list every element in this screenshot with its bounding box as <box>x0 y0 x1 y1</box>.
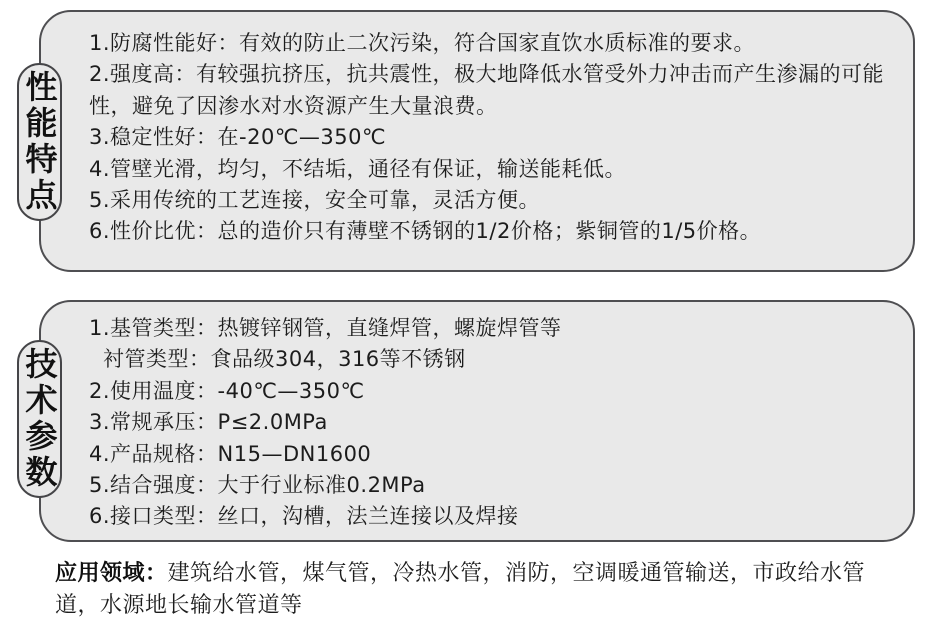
feature-item: 3.稳定性好：在-20℃—350℃ <box>89 122 891 153</box>
feature-item: 6.性价比优：总的造价只有薄壁不锈钢的1/2价格；紫铜管的1/5价格。 <box>89 216 891 247</box>
technical-parameters-panel: 1.基管类型：热镀锌钢管，直缝焊管，螺旋焊管等 衬管类型：食品级304，316等… <box>39 300 915 542</box>
param-item-liner-type: 衬管类型：食品级304，316等不锈钢 <box>89 344 891 375</box>
feature-item: 2.强度高：有较强抗挤压，抗共震性，极大地降低水管受外力冲击而产生渗漏的可能性，… <box>89 59 891 122</box>
param-item: 5.结合强度：大于行业标准0.2MPa <box>89 470 891 501</box>
technical-parameters-label-badge: 技术参数 <box>17 340 62 498</box>
feature-item: 4.管壁光滑，均匀，不结垢，通径有保证，输送能耗低。 <box>89 154 891 185</box>
application-areas-text: 建筑给水管，煤气管，冷热水管，消防，空调暖通管输送，市政给水管道，水源地长输水管… <box>55 561 865 618</box>
product-info-sheet: 1.防腐性能好：有效的防止二次污染，符合国家直饮水质标准的要求。 2.强度高：有… <box>0 0 946 640</box>
param-item: 4.产品规格：N15—DN1600 <box>89 439 891 470</box>
performance-features-label: 性能特点 <box>24 70 56 214</box>
param-item: 6.接口类型：丝口，沟槽，法兰连接以及焊接 <box>89 501 891 532</box>
technical-parameters-label: 技术参数 <box>24 347 56 491</box>
application-areas: 应用领域：建筑给水管，煤气管，冷热水管，消防，空调暖通管输送，市政给水管道，水源… <box>55 558 900 622</box>
feature-item: 1.防腐性能好：有效的防止二次污染，符合国家直饮水质标准的要求。 <box>89 28 891 59</box>
feature-item: 5.采用传统的工艺连接，安全可靠，灵活方便。 <box>89 185 891 216</box>
performance-features-label-badge: 性能特点 <box>17 63 62 221</box>
param-item: 1.基管类型：热镀锌钢管，直缝焊管，螺旋焊管等 <box>89 313 891 344</box>
param-item: 3.常规承压：P≤2.0MPa <box>89 407 891 438</box>
param-item: 2.使用温度：-40℃—350℃ <box>89 376 891 407</box>
application-areas-label: 应用领域： <box>55 561 168 586</box>
performance-features-panel: 1.防腐性能好：有效的防止二次污染，符合国家直饮水质标准的要求。 2.强度高：有… <box>39 10 915 272</box>
